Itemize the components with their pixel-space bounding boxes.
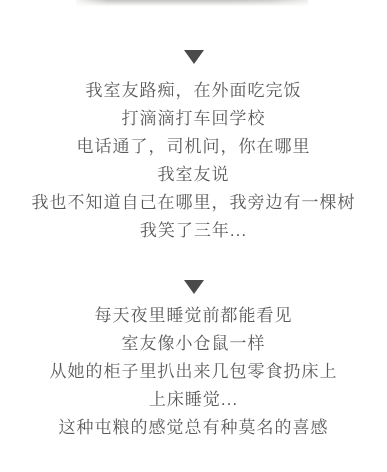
down-triangle-icon bbox=[184, 50, 204, 64]
story-section-1: 我室友路痴，在外面吃完饭 打滴滴打车回学校 电话通了，司机问，你在哪里 我室友说… bbox=[0, 50, 387, 245]
story-text-block: 我室友路痴，在外面吃完饭 打滴滴打车回学校 电话通了，司机问，你在哪里 我室友说… bbox=[0, 77, 387, 245]
story-line: 我室友说 bbox=[0, 161, 387, 189]
story-line: 我笑了三年... bbox=[0, 217, 387, 245]
story-line: 从她的柜子里扒出来几包零食扔床上 bbox=[0, 358, 387, 386]
down-triangle-icon bbox=[184, 280, 204, 294]
story-line: 电话通了，司机问，你在哪里 bbox=[0, 133, 387, 161]
cropped-photo-bottom-edge bbox=[76, 0, 308, 6]
story-line: 我也不知道自己在哪里，我旁边有一棵树 bbox=[0, 189, 387, 217]
story-section-2: 每天夜里睡觉前都能看见 室友像小仓鼠一样 从她的柜子里扒出来几包零食扔床上 上床… bbox=[0, 280, 387, 442]
story-text-block: 每天夜里睡觉前都能看见 室友像小仓鼠一样 从她的柜子里扒出来几包零食扔床上 上床… bbox=[0, 302, 387, 442]
story-line: 这种屯粮的感觉总有种莫名的喜感 bbox=[0, 414, 387, 442]
story-line: 打滴滴打车回学校 bbox=[0, 105, 387, 133]
story-line: 每天夜里睡觉前都能看见 bbox=[0, 302, 387, 330]
story-line: 我室友路痴，在外面吃完饭 bbox=[0, 77, 387, 105]
story-line: 室友像小仓鼠一样 bbox=[0, 330, 387, 358]
story-line: 上床睡觉... bbox=[0, 386, 387, 414]
